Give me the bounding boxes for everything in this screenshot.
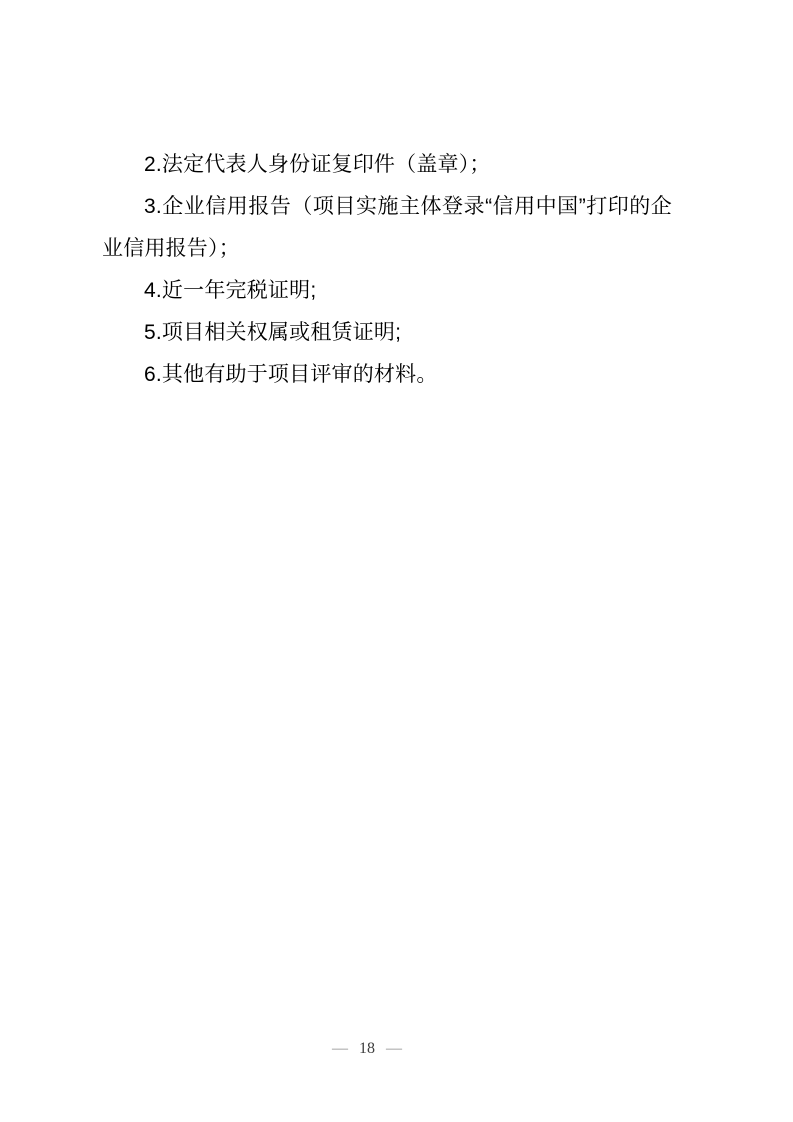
footer-dash-left: — xyxy=(332,1040,348,1058)
document-page: 2.法定代表人身份证复印件（盖章）； 3.企业信用报告（项目实施主体登录“信用中… xyxy=(0,0,793,1122)
page-footer: — 18 — xyxy=(332,1040,402,1058)
list-item-4: 4.近一年完税证明; xyxy=(102,270,672,312)
list-item-6: 6.其他有助于项目评审的材料。 xyxy=(102,354,672,396)
list-item-3: 3.企业信用报告（项目实施主体登录“信用中国”打印的企业信用报告）； xyxy=(102,186,672,270)
list-item-5: 5.项目相关权属或租赁证明; xyxy=(102,312,672,354)
document-body: 2.法定代表人身份证复印件（盖章）； 3.企业信用报告（项目实施主体登录“信用中… xyxy=(102,144,672,396)
page-number: 18 xyxy=(359,1040,375,1058)
footer-dash-right: — xyxy=(386,1040,402,1058)
list-item-2: 2.法定代表人身份证复印件（盖章）； xyxy=(102,144,672,186)
